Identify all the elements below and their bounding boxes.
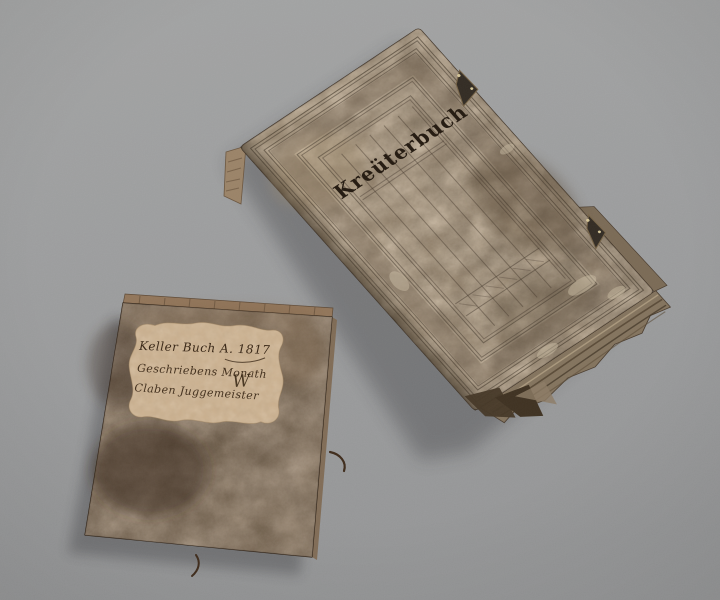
photo-grain-overlay — [0, 0, 720, 600]
books-photo: Kreüterbuch — [0, 0, 720, 600]
photo-canvas: Kreüterbuch — [0, 0, 720, 600]
